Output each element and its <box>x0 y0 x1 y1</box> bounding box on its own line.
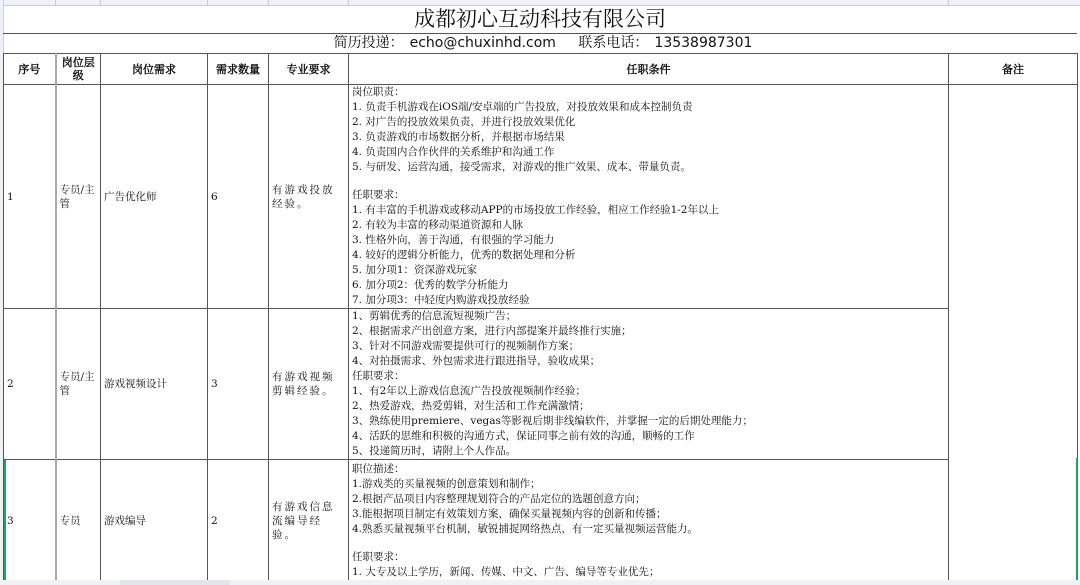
req-line-blank <box>352 537 945 550</box>
req-line: 6. 加分项2：优秀的数学分析能力 <box>352 278 945 293</box>
col-header-major[interactable]: 专业要求 <box>269 54 349 85</box>
req-line: 1. 有丰富的手机游戏或移动APP的市场投放工作经验，相应工作经验1-2年以上 <box>352 203 945 218</box>
table-row: 3 专员 游戏编导 2 有游戏信息流编导经验。 职位描述： 1.游戏类的买量视频… <box>4 460 1078 582</box>
cell-requirements[interactable]: 岗位职责： 1. 负责手机游戏在iOS端/安卓端的广告投放，对投放效果和成本控制… <box>349 85 949 309</box>
cell-position[interactable]: 广告优化师 <box>101 85 208 309</box>
req-line: 任职要求： <box>352 550 945 565</box>
col-header-remarks[interactable]: 备注 <box>949 54 1078 85</box>
cell-position[interactable]: 游戏编导 <box>101 460 208 582</box>
cell-count[interactable]: 6 <box>208 85 269 309</box>
req-line: 1. 大专及以上学历，新闻、传媒、中文、广告、编导等专业优先； <box>352 565 945 580</box>
req-line: 3. 性格外向，善于沟通，有很强的学习能力 <box>352 233 945 248</box>
cell-level[interactable]: 专员/主管 <box>56 309 101 460</box>
req-line: 2、热爱游戏，热爱剪辑，对生活和工作充满激情； <box>352 399 945 414</box>
req-line: 任职要求： <box>352 369 945 384</box>
req-line: 4.熟悉买量视频平台机制，敏锐捕捉网络热点，有一定买量视频运营能力。 <box>352 522 945 537</box>
cell-requirements[interactable]: 职位描述： 1.游戏类的买量视频的创意策划和制作； 2.根据产品项目内容整理规划… <box>349 460 949 582</box>
cell-count[interactable]: 2 <box>208 460 269 582</box>
req-line: 3.能根据项目制定有效策划方案，确保买量视频内容的创新和传播； <box>352 507 945 522</box>
req-line: 2. 对广告的投放效果负责，并进行投放效果优化 <box>352 115 945 130</box>
cell-major[interactable]: 有游戏信息流编导经验。 <box>269 460 349 582</box>
req-line: 3、针对不同游戏需要提供可行的视频制作方案； <box>352 339 945 354</box>
req-line: 4. 负责国内合作伙伴的关系维护和沟通工作 <box>352 145 945 160</box>
table-row: 1 专员/主管 广告优化师 6 有游戏投放经验。 岗位职责： 1. 负责手机游戏… <box>4 85 1078 309</box>
company-title[interactable]: 成都初心互动科技有限公司 <box>3 5 1077 34</box>
req-line: 2.根据产品项目内容整理规划符合的产品定位的选题创意方向； <box>352 492 945 507</box>
req-line: 7. 加分项3：中轻度内购游戏投放经验 <box>352 293 945 308</box>
req-line: 2. 有较为丰富的移动渠道资源和人脉 <box>352 218 945 233</box>
req-line: 5. 加分项1：资深游戏玩家 <box>352 263 945 278</box>
req-line: 5、投递简历时，请附上个人作品。 <box>352 444 945 459</box>
req-line: 职位描述： <box>352 462 945 477</box>
col-header-level[interactable]: 岗位层级 <box>56 54 101 85</box>
col-header-requirements[interactable]: 任职条件 <box>349 54 949 85</box>
req-line: 1.游戏类的买量视频的创意策划和制作； <box>352 477 945 492</box>
cell-count[interactable]: 3 <box>208 309 269 460</box>
col-header-index[interactable]: 序号 <box>4 54 56 85</box>
req-line: 4. 较好的逻辑分析能力，优秀的数据处理和分析 <box>352 248 945 263</box>
req-line: 2、根据需求产出创意方案，进行内部提案并最终推行实施； <box>352 324 945 339</box>
req-line: 1、有2年以上游戏信息流广告投放视频制作经验； <box>352 384 945 399</box>
cell-major[interactable]: 有游戏视频剪辑经验。 <box>269 309 349 460</box>
col-header-position[interactable]: 岗位需求 <box>101 54 208 85</box>
selection-border <box>1076 458 1078 580</box>
email-label: 简历投递： <box>334 35 404 51</box>
cell-requirements[interactable]: 1、剪辑优秀的信息流短视频广告； 2、根据需求产出创意方案，进行内部提案并最终推… <box>349 309 949 460</box>
scrollbar-thumb[interactable] <box>120 580 230 585</box>
job-table: 序号 岗位层级 岗位需求 需求数量 专业要求 任职条件 备注 1 专员/主管 广… <box>3 53 1078 582</box>
req-line: 1、剪辑优秀的信息流短视频广告； <box>352 309 945 324</box>
contact-line[interactable]: 简历投递：echo@chuxinhd.com 联系电话：13538987301 <box>3 33 1077 54</box>
phone-value: 13538987301 <box>654 35 752 51</box>
req-line: 4、对拍摄需求、外包需求进行跟进指导，验收成果； <box>352 354 945 369</box>
cell-index[interactable]: 3 <box>4 460 56 582</box>
cell-level[interactable]: 专员 <box>56 460 101 582</box>
req-line: 3. 负责游戏的市场数据分析，并根据市场结果 <box>352 130 945 145</box>
table-row: 2 专员/主管 游戏视频设计 3 有游戏视频剪辑经验。 1、剪辑优秀的信息流短视… <box>4 309 1078 460</box>
req-line: 岗位职责： <box>352 85 945 100</box>
cell-major[interactable]: 有游戏投放经验。 <box>269 85 349 309</box>
req-line: 3、熟练使用premiere、vegas等影视后期非线编软件，并掌握一定的后期处… <box>352 414 945 429</box>
cell-position[interactable]: 游戏视频设计 <box>101 309 208 460</box>
req-line: 任职要求： <box>352 188 945 203</box>
cell-index[interactable]: 2 <box>4 309 56 460</box>
req-line: 4、活跃的思维和积极的沟通方式，保证同事之前有效的沟通，顺畅的工作 <box>352 429 945 444</box>
cell-index[interactable]: 1 <box>4 85 56 309</box>
col-header-count[interactable]: 需求数量 <box>208 54 269 85</box>
email-value: echo@chuxinhd.com <box>410 35 556 51</box>
req-line: 1. 负责手机游戏在iOS端/安卓端的广告投放，对投放效果和成本控制负责 <box>352 100 945 115</box>
req-line-blank <box>352 175 945 188</box>
phone-label: 联系电话： <box>578 35 648 51</box>
cell-level[interactable]: 专员/主管 <box>56 85 101 309</box>
req-line: 5. 与研发、运营沟通，接受需求，对游戏的推广效果、成本、带量负责。 <box>352 160 945 175</box>
header-row: 序号 岗位层级 岗位需求 需求数量 专业要求 任职条件 备注 <box>4 54 1078 85</box>
horizontal-scrollbar[interactable] <box>0 580 1080 585</box>
cell-remarks[interactable] <box>949 85 1078 582</box>
